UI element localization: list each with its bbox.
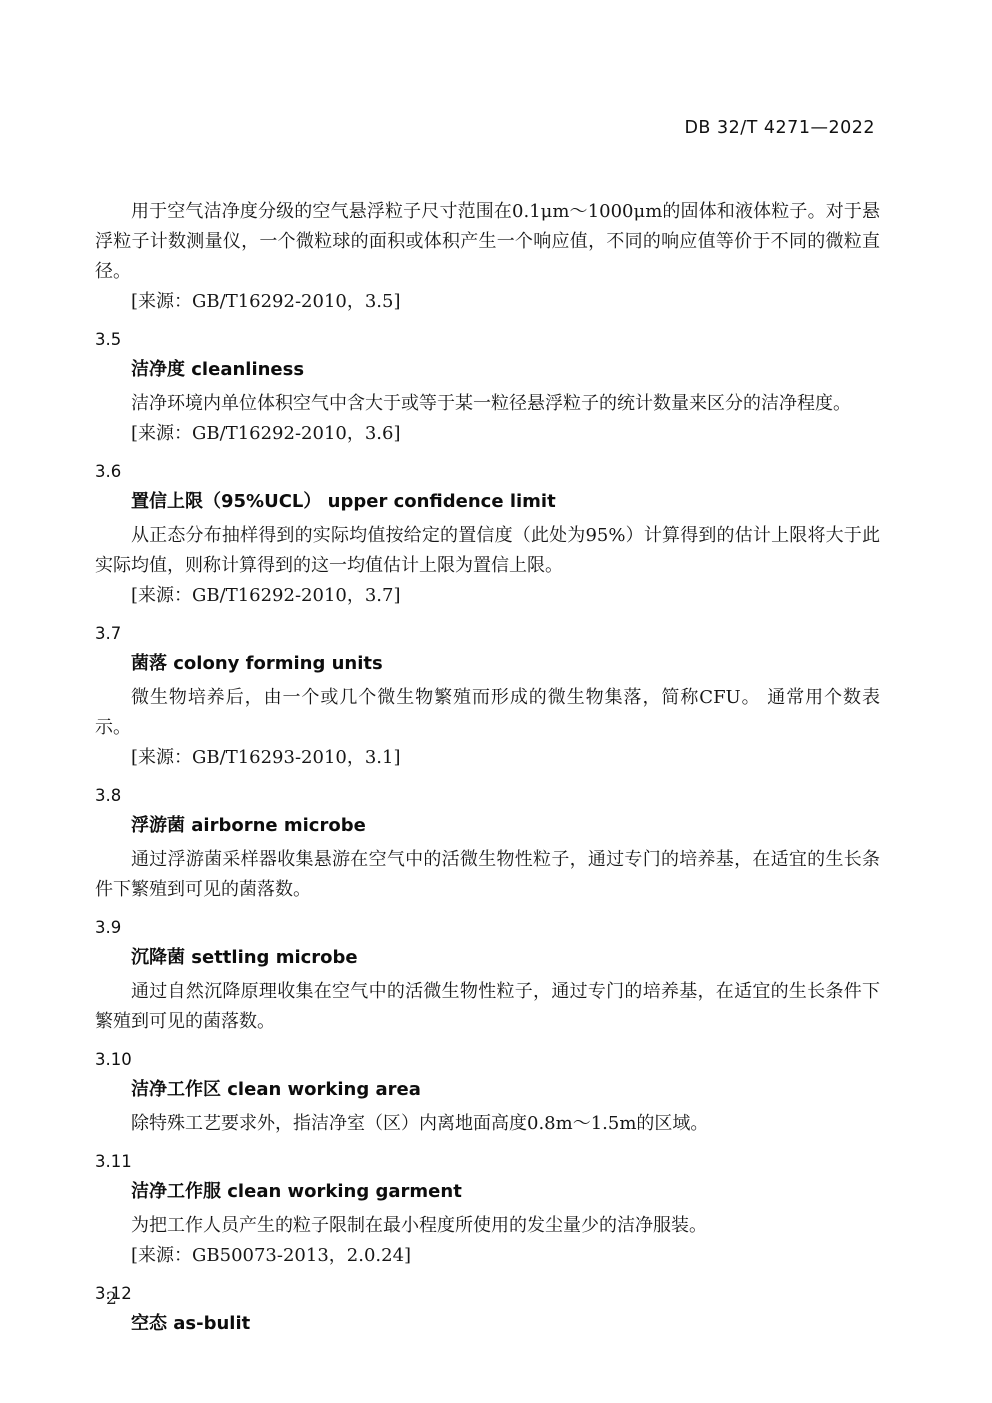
term-heading: 洁净工作区 clean working area (131, 1075, 880, 1105)
definition-text: 微生物培养后，由一个或几个微生物繁殖而形成的微生物集落，简称CFU。 通常用个数… (95, 683, 880, 743)
section-3-9: 3.9 沉降菌 settling microbe 通过自然沉降原理收集在空气中的… (95, 913, 880, 1037)
section-3-10: 3.10 洁净工作区 clean working area 除特殊工艺要求外，指… (95, 1045, 880, 1139)
document-page: DB 32/T 4271—2022 用于空气洁净度分级的空气悬浮粒子尺寸范围在0… (0, 0, 992, 1403)
definition-text: 洁净环境内单位体积空气中含大于或等于某一粒径悬浮粒子的统计数量来区分的洁净程度。 (95, 389, 880, 419)
definition-text: 从正态分布抽样得到的实际均值按给定的置信度（此处为95%）计算得到的估计上限将大… (95, 521, 880, 581)
intro-paragraph: 用于空气洁净度分级的空气悬浮粒子尺寸范围在0.1μm～1000μm的固体和液体粒… (95, 197, 880, 287)
section-number: 3.9 (95, 913, 880, 943)
term-heading: 置信上限（95%UCL） upper confidence limit (131, 487, 880, 517)
intro-source-reference: [来源：GB/T16292-2010，3.5] (95, 287, 880, 317)
definition-text: 除特殊工艺要求外，指洁净室（区）内离地面高度0.8m～1.5m的区域。 (95, 1109, 880, 1139)
term-heading: 菌落 colony forming units (131, 649, 880, 679)
term-heading: 空态 as-bulit (131, 1309, 880, 1339)
section-number: 3.7 (95, 619, 880, 649)
term-heading: 沉降菌 settling microbe (131, 943, 880, 973)
section-3-12: 3.12 空态 as-bulit (95, 1279, 880, 1339)
doc-code: DB 32/T 4271—2022 (684, 118, 875, 138)
term-heading: 洁净度 cleanliness (131, 355, 880, 385)
source-reference: [来源：GB/T16292-2010，3.6] (95, 419, 880, 449)
section-number: 3.5 (95, 325, 880, 355)
source-reference: [来源：GB50073-2013，2.0.24] (95, 1241, 880, 1271)
page-footer: 2 (106, 1284, 117, 1314)
section-number: 3.11 (95, 1147, 880, 1177)
term-heading: 浮游菌 airborne microbe (131, 811, 880, 841)
definition-text: 为把工作人员产生的粒子限制在最小程度所使用的发尘量少的洁净服装。 (95, 1211, 880, 1241)
section-3-5: 3.5 洁净度 cleanliness 洁净环境内单位体积空气中含大于或等于某一… (95, 325, 880, 449)
section-3-11: 3.11 洁净工作服 clean working garment 为把工作人员产… (95, 1147, 880, 1271)
source-reference: [来源：GB/T16293-2010，3.1] (95, 743, 880, 773)
section-number: 3.6 (95, 457, 880, 487)
page-header: DB 32/T 4271—2022 (95, 116, 875, 140)
definition-text: 通过浮游菌采样器收集悬游在空气中的活微生物性粒子，通过专门的培养基，在适宜的生长… (95, 845, 880, 905)
section-number: 3.10 (95, 1045, 880, 1075)
section-3-7: 3.7 菌落 colony forming units 微生物培养后，由一个或几… (95, 619, 880, 773)
document-content: 用于空气洁净度分级的空气悬浮粒子尺寸范围在0.1μm～1000μm的固体和液体粒… (95, 193, 880, 1339)
section-number: 3.12 (95, 1279, 880, 1309)
page-number: 2 (106, 1289, 117, 1309)
section-number: 3.8 (95, 781, 880, 811)
section-3-6: 3.6 置信上限（95%UCL） upper confidence limit … (95, 457, 880, 611)
definition-text: 通过自然沉降原理收集在空气中的活微生物性粒子，通过专门的培养基，在适宜的生长条件… (95, 977, 880, 1037)
term-heading: 洁净工作服 clean working garment (131, 1177, 880, 1207)
source-reference: [来源：GB/T16292-2010，3.7] (95, 581, 880, 611)
section-3-8: 3.8 浮游菌 airborne microbe 通过浮游菌采样器收集悬游在空气… (95, 781, 880, 905)
